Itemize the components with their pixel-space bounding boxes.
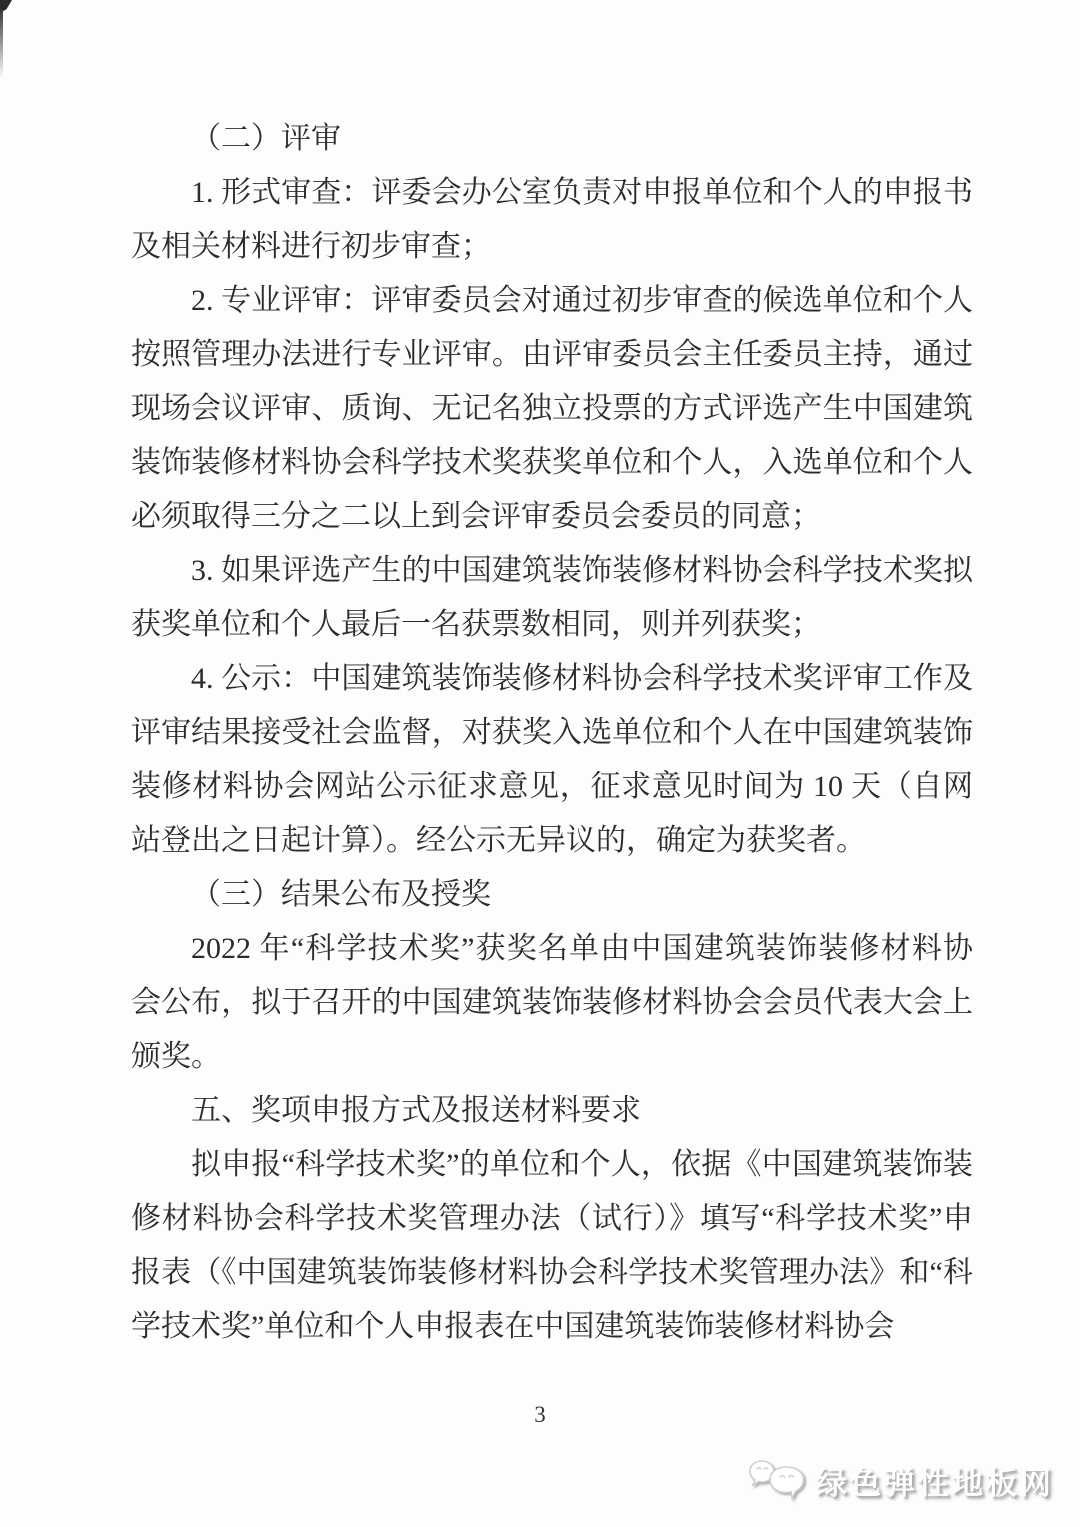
site-watermark: 绿色弹性地板网 xyxy=(748,1457,1054,1503)
clause-professional-review: 2. 专业评审：评审委员会对通过初步审查的候选单位和个人按照管理办法进行专业评审… xyxy=(131,274,973,544)
watermark-label: 绿色弹性地板网 xyxy=(816,1458,1054,1503)
page-number: 3 xyxy=(0,1402,1080,1428)
chat-bubbles-logo-icon xyxy=(748,1457,806,1503)
scan-edge-artifact xyxy=(0,10,3,78)
clause-tie-rule: 3. 如果评选产生的中国建筑装饰装修材料协会科学技术奖拟获奖单位和个人最后一名获… xyxy=(131,544,973,652)
scanned-document-page: （二）评审 1. 形式审查：评委会办公室负责对申报单位和个人的申报书及相关材料进… xyxy=(0,0,1080,1527)
section-heading-results: （三）结果公布及授奖 xyxy=(131,868,973,922)
clause-public-notice: 4. 公示：中国建筑装饰装修材料协会科学技术奖评审工作及评审结果接受社会监督，对… xyxy=(131,652,973,868)
section-heading-application: 五、奖项申报方式及报送材料要求 xyxy=(131,1084,973,1138)
clause-award-announcement: 2022 年“科学技术奖”获奖名单由中国建筑装饰装修材料协会公布，拟于召开的中国… xyxy=(131,922,973,1084)
clause-application-method: 拟申报“科学技术奖”的单位和个人，依据《中国建筑装饰装修材料协会科学技术奖管理办… xyxy=(131,1138,973,1354)
clause-formal-review: 1. 形式审查：评委会办公室负责对申报单位和个人的申报书及相关材料进行初步审查； xyxy=(131,166,973,274)
document-body: （二）评审 1. 形式审查：评委会办公室负责对申报单位和个人的申报书及相关材料进… xyxy=(131,112,973,1354)
section-heading-review: （二）评审 xyxy=(131,112,973,166)
